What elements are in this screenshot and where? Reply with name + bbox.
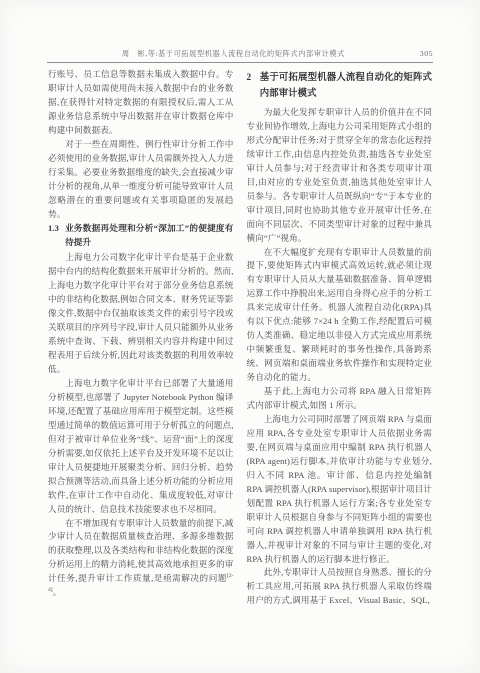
section-heading: 2 基于可拓展型机器人流程自动化的矩阵式内部审计模式: [247, 71, 433, 102]
page-number: 305: [420, 49, 433, 58]
paragraph: 在不增加现有专职审计人员数量的前提下,减少审计人员在数据质量核查治理、多源多维数…: [48, 517, 234, 601]
paragraph: 基于此,上海电力公司将 RPA 融入日常矩阵式内部审计模式,如图 1 所示。: [247, 385, 433, 413]
paragraph-text: 。: [53, 587, 62, 597]
running-title: 周 彬,等:基于可拓展型机器人流程自动化的矩阵式内部审计模式: [47, 49, 420, 59]
heading-number: 1.3: [48, 222, 59, 250]
header-divider: [47, 62, 433, 63]
paragraph: 上海电力数字化审计平台已部署了大量通用分析模型,也部署了 Jupyter Not…: [48, 377, 234, 517]
text-columns: 行账号、员工信息等数据未集成入数据中台。专职审计人员如需使用尚未接入数据中台的业…: [48, 68, 432, 608]
page-header: 周 彬,等:基于可拓展型机器人流程自动化的矩阵式内部审计模式 305: [47, 49, 433, 59]
paragraph: 为最大化发挥专职审计人员的价值并在不同专业间协作增效,上海电力公司采用矩阵式小组…: [247, 106, 433, 246]
paragraph: 上海电力公司同时部署了网页端 RPA 与桌面应用 RPA,各专业处室专职审计人员…: [247, 413, 433, 566]
heading-title: 业务数据再处理和分析“深加工”的便捷度有待提升: [65, 222, 233, 250]
right-column: 2 基于可拓展型机器人流程自动化的矩阵式内部审计模式 为最大化发挥专职审计人员的…: [247, 68, 433, 608]
paragraph: 行账号、员工信息等数据未集成入数据中台。专职审计人员如需使用尚未接入数据中台的业…: [48, 68, 234, 138]
left-column: 行账号、员工信息等数据未集成入数据中台。专职审计人员如需使用尚未接入数据中台的业…: [48, 68, 234, 608]
paragraph: 此外,专职审计人员按照自身熟悉、擅长的分析工具应用,可拓展 RPA 执行机器人采…: [247, 566, 433, 608]
paragraph-text: 在不增加现有专职审计人员数量的前提下,减少审计人员在数据质量核查治理、多源多维数…: [48, 518, 234, 584]
paragraph: 上海电力公司数字化审计平台是基于企业数据中台内的结构化数据来开展审计分析的。然而…: [48, 251, 234, 377]
heading-title: 基于可拓展型机器人流程自动化的矩阵式内部审计模式: [260, 71, 432, 102]
paragraph: 对于一些在周期性、例行性审计分析工作中必须使用的业务数据,审计人员需额外投入人力…: [48, 138, 234, 222]
paragraph: 在不大幅度扩充现有专职审计人员数量的前提下,要使矩阵式内审模式高效运转,就必须让…: [247, 246, 433, 386]
document-page: 周 彬,等:基于可拓展型机器人流程自动化的矩阵式内部审计模式 305 行账号、员…: [0, 0, 480, 673]
heading-number: 2: [247, 71, 252, 102]
subsection-heading: 1.3 业务数据再处理和分析“深加工”的便捷度有待提升: [48, 222, 234, 250]
